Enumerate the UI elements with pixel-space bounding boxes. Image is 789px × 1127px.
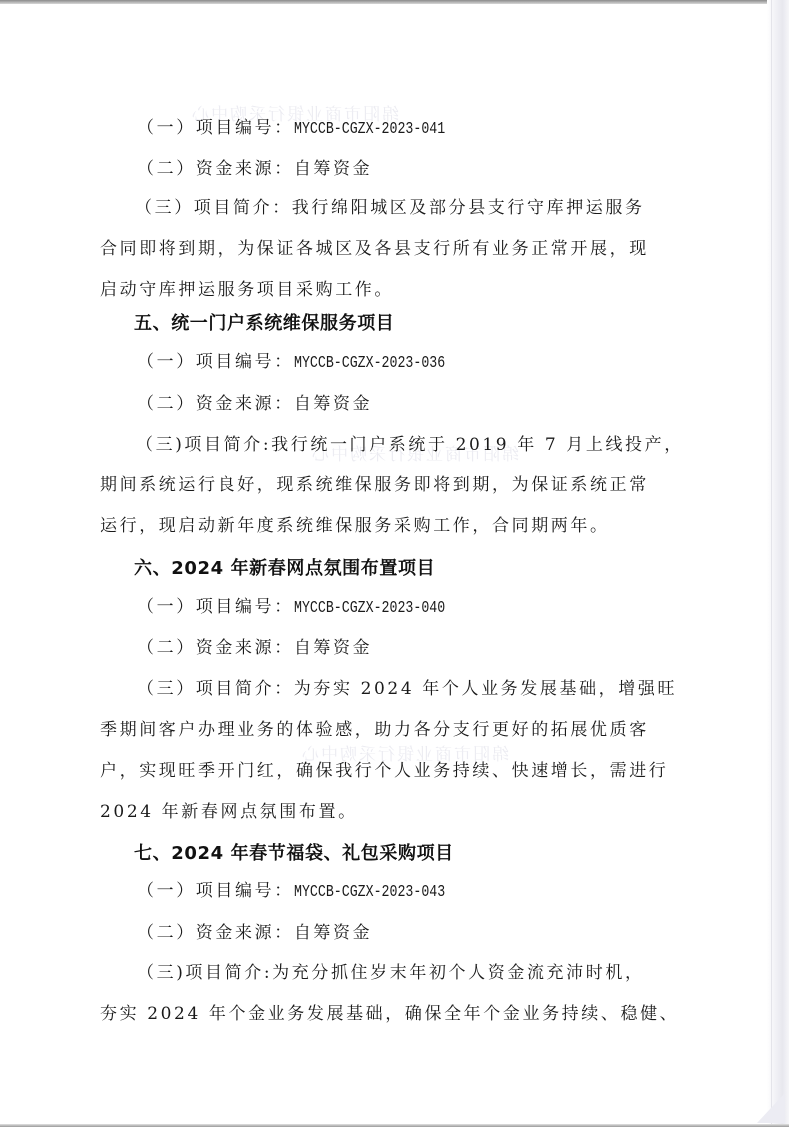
project-number-label: （一）项目编号： — [137, 597, 294, 617]
funding-source-value: 自筹资金 — [294, 394, 372, 414]
summary-line: 2024 年新春网点氛围布置。 — [100, 801, 358, 823]
funding-source-line: （二）资金来源：自筹资金 — [137, 637, 372, 659]
funding-source-label: （二）资金来源： — [137, 923, 294, 943]
summary-line: 合同即将到期，为保证各城区及各县支行所有业务正常开展，现 — [100, 238, 649, 260]
project-number-line: （一）项目编号：MYCCB-CGZX-2023-040 — [137, 596, 488, 618]
summary-line: 户，实现旺季开门红，确保我行个人业务持续、快速增长，需进行 — [100, 760, 668, 782]
funding-source-value: 自筹资金 — [294, 638, 372, 658]
project-number-line: （一）项目编号：MYCCB-CGZX-2023-043 — [137, 880, 488, 902]
funding-source-value: 自筹资金 — [294, 159, 372, 179]
funding-source-line: （二）资金来源：自筹资金 — [137, 393, 372, 415]
project-number-value: MYCCB-CGZX-2023-043 — [294, 882, 445, 904]
funding-source-label: （二）资金来源： — [137, 394, 294, 414]
summary-line: 夯实 2024 年个金业务发展基础，确保全年个金业务持续、稳健、 — [100, 1003, 679, 1025]
funding-source-line: （二）资金来源：自筹资金 — [137, 158, 372, 180]
project-number-label: （一）项目编号： — [137, 352, 294, 372]
summary-line: （三）项目简介：为夯实 2024 年个人业务发展基础，增强旺 — [137, 678, 677, 700]
project-number-value: MYCCB-CGZX-2023-041 — [294, 119, 445, 141]
funding-source-label: （二）资金来源： — [137, 159, 294, 179]
funding-source-label: （二）资金来源： — [137, 638, 294, 658]
project-number-line: （一）项目编号：MYCCB-CGZX-2023-036 — [137, 351, 488, 373]
section-heading: 五、统一门户系统维保服务项目 — [134, 313, 394, 335]
summary-line: （三）项目简介：我行绵阳城区及部分县支行守库押运服务 — [135, 197, 645, 219]
project-number-label: （一）项目编号： — [137, 118, 294, 138]
summary-line: 启动守库押运服务项目采购工作。 — [100, 279, 394, 301]
section-heading: 六、2024 年新春网点氛围布置项目 — [134, 558, 435, 580]
summary-line: （三)项目简介:为充分抓住岁末年初个人资金流充沛时机， — [137, 962, 645, 984]
project-number-value: MYCCB-CGZX-2023-040 — [294, 598, 445, 620]
document-page: （一）项目编号：MYCCB-CGZX-2023-041 （二）资金来源：自筹资金… — [0, 0, 789, 1127]
section-heading: 七、2024 年春节福袋、礼包采购项目 — [134, 843, 454, 865]
summary-line: 运行，现启动新年度系统维保服务采购工作，合同期两年。 — [100, 515, 610, 537]
project-number-value: MYCCB-CGZX-2023-036 — [294, 353, 445, 375]
project-number-label: （一）项目编号： — [137, 881, 294, 901]
funding-source-value: 自筹资金 — [294, 923, 372, 943]
summary-line: 期间系统运行良好，现系统维保服务即将到期，为保证系统正常 — [100, 474, 649, 496]
project-number-line: （一）项目编号：MYCCB-CGZX-2023-041 — [137, 117, 488, 139]
summary-line: 季期间客户办理业务的体验感，助力各分支行更好的拓展优质客 — [100, 719, 649, 741]
summary-line: （三)项目简介:我行统一门户系统于 2019 年 7 月上线投产， — [136, 434, 684, 456]
funding-source-line: （二）资金来源：自筹资金 — [137, 922, 372, 944]
